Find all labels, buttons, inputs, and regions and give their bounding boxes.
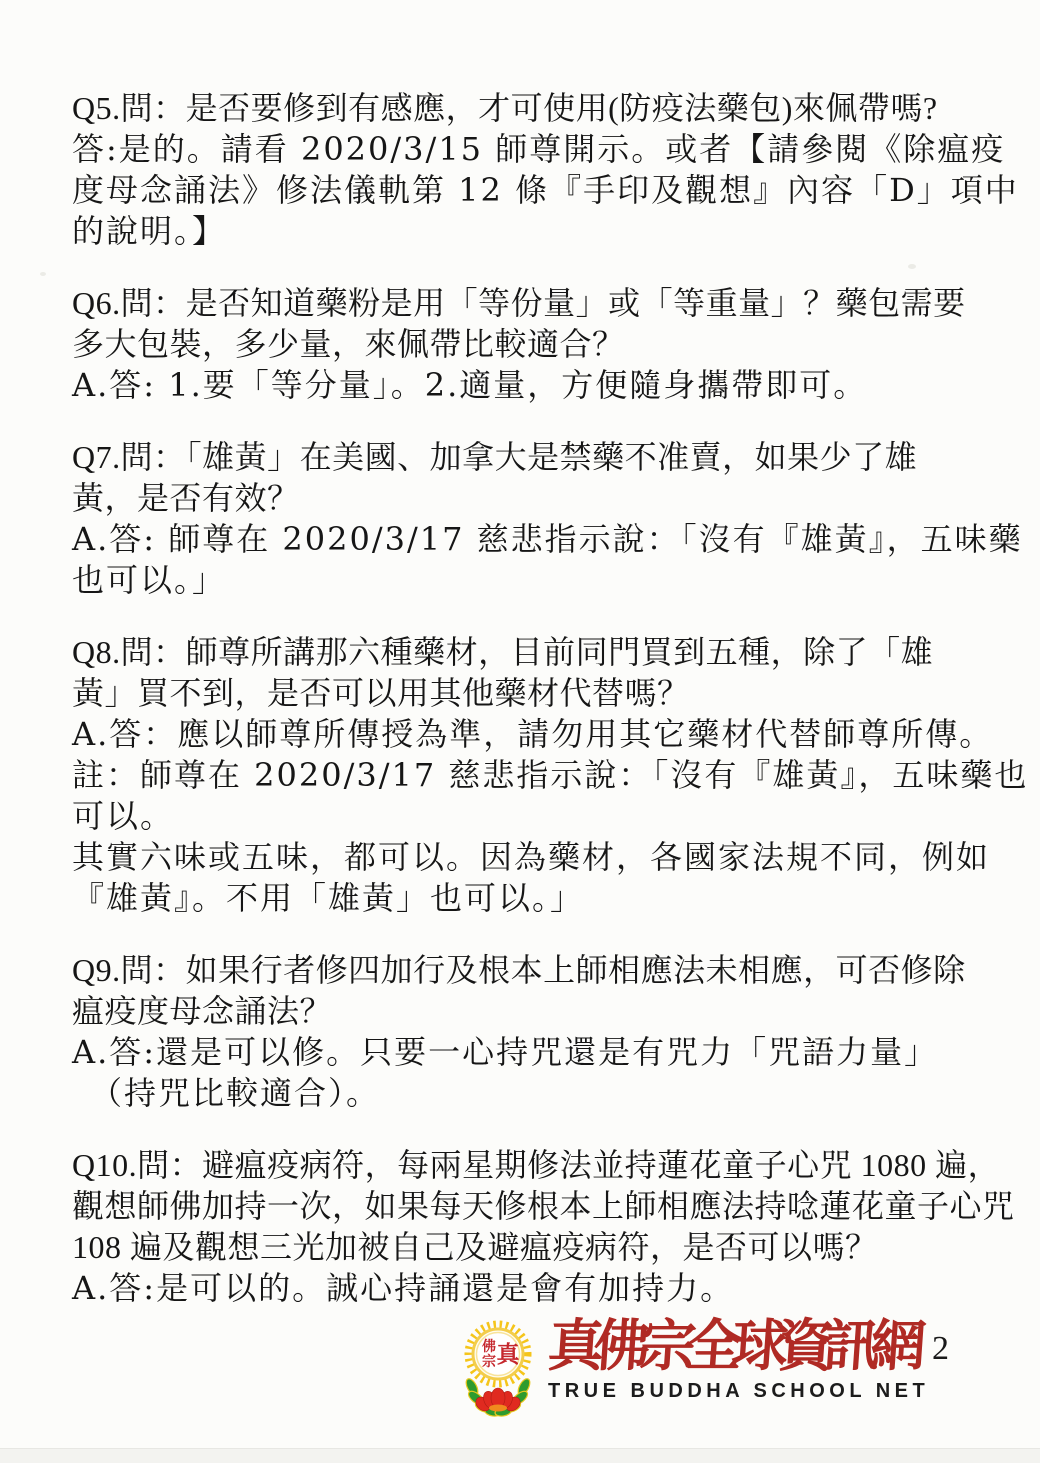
scan-speck: [40, 272, 46, 276]
qa-line: （持咒比較適合）。: [72, 1073, 972, 1114]
qa-line: A.答:還是可以修。只要一心持咒還是有咒力「咒語力量」: [72, 1032, 972, 1073]
qa-line: 黃，是否有效？: [72, 478, 972, 519]
qa-line: 觀想師佛加持一次，如果每天修根本上師相應法持唸蓮花童子心咒: [72, 1186, 972, 1227]
qa-line: 註：師尊在 2020/3/17 慈悲指示說：「沒有『雄黃』，五味藥也: [72, 755, 972, 796]
qa-line: 瘟疫度母念誦法？: [72, 991, 972, 1032]
qa-line: A.答：應以師尊所傳授為準，請勿用其它藥材代替師尊所傳。: [72, 714, 972, 755]
qa-line: 也可以。」: [72, 560, 972, 601]
qa-line: 答:是的。請看 2020/3/15 師尊開示。或者【請參閱《除瘟疫: [72, 129, 972, 170]
qa-line: Q6.問：是否知道藥粉是用「等份量」或「等重量」？藥包需要: [72, 283, 972, 324]
qa-line: Q9.問：如果行者修四加行及根本上師相應法未相應，可否修除: [72, 950, 972, 991]
qa-line: Q7.問：「雄黃」在美國、加拿大是禁藥不准賣，如果少了雄: [72, 437, 972, 478]
qa-line: 其實六味或五味，都可以。因為藥材，各國家法規不同，例如: [72, 837, 972, 878]
seal-char: 佛: [482, 1338, 496, 1355]
qa-line: A.答: 1.要「等分量」。2.適量，方便隨身攜帶即可。: [72, 365, 972, 406]
qa-line: 黃」買不到，是否可以用其他藥材代替嗎？: [72, 673, 972, 714]
logo-title-zh: 真佛宗全球資訊網: [546, 1316, 918, 1378]
qa-line: Q10.問：避瘟疫病符，每兩星期修法並持蓮花童子心咒 1080 遍，: [72, 1145, 972, 1186]
qa-content: Q5.問：是否要修到有感應，才可使用(防疫法藥包)來佩帶嗎? 答:是的。請看 2…: [0, 0, 1040, 1309]
qa-line: 多大包裝，多少量，來佩帶比較適合？: [72, 324, 972, 365]
logo-text: 真佛宗全球資訊網 TRUE BUDDHA SCHOOL NET: [548, 1316, 878, 1403]
logo-caption-en: TRUE BUDDHA SCHOOL NET: [548, 1380, 878, 1403]
qa-block-q5: Q5.問：是否要修到有感應，才可使用(防疫法藥包)來佩帶嗎? 答:是的。請看 2…: [72, 88, 972, 252]
qa-line: 度母念誦法》修法儀軌第 12 條『手印及觀想』內容「D」項中: [72, 170, 972, 211]
qa-line: 的說明。】: [72, 211, 972, 252]
qa-block-q8: Q8.問：師尊所講那六種藥材，目前同門買到五種，除了「雄 黃」買不到，是否可以用…: [72, 632, 972, 919]
qa-block-q9: Q9.問：如果行者修四加行及根本上師相應法未相應，可否修除 瘟疫度母念誦法？ A…: [72, 950, 972, 1114]
qa-block-q10: Q10.問：避瘟疫病符，每兩星期修法並持蓮花童子心咒 1080 遍， 觀想師佛加…: [72, 1145, 972, 1309]
true-buddha-school-emblem-icon: 佛 宗 真: [462, 1320, 534, 1424]
qa-line: 可以。: [72, 796, 972, 837]
qa-block-q6: Q6.問：是否知道藥粉是用「等份量」或「等重量」？藥包需要 多大包裝，多少量，來…: [72, 283, 972, 406]
page-number: 2: [932, 1330, 949, 1368]
qa-line: 『雄黃』。不用「雄黃」也可以。」: [72, 878, 972, 919]
qa-line: 108 遍及觀想三光加被自己及避瘟疫病符，是否可以嗎？: [72, 1227, 972, 1268]
scan-speck: [908, 264, 916, 269]
qa-line: Q5.問：是否要修到有感應，才可使用(防疫法藥包)來佩帶嗎?: [72, 88, 972, 129]
seal-char: 宗: [482, 1353, 496, 1370]
scan-edge: [0, 1448, 1040, 1463]
footer: 佛 宗 真: [0, 1318, 1040, 1438]
seal-char: 真: [497, 1342, 521, 1367]
qa-block-q7: Q7.問：「雄黃」在美國、加拿大是禁藥不准賣，如果少了雄 黃，是否有效？ A.答…: [72, 437, 972, 601]
qa-line: Q8.問：師尊所講那六種藥材，目前同門買到五種，除了「雄: [72, 632, 972, 673]
document-page: Q5.問：是否要修到有感應，才可使用(防疫法藥包)來佩帶嗎? 答:是的。請看 2…: [0, 0, 1040, 1463]
qa-line: A.答:是可以的。誠心持誦還是會有加持力。: [72, 1268, 972, 1309]
qa-line: A.答: 師尊在 2020/3/17 慈悲指示說：「沒有『雄黃』，五味藥: [72, 519, 972, 560]
